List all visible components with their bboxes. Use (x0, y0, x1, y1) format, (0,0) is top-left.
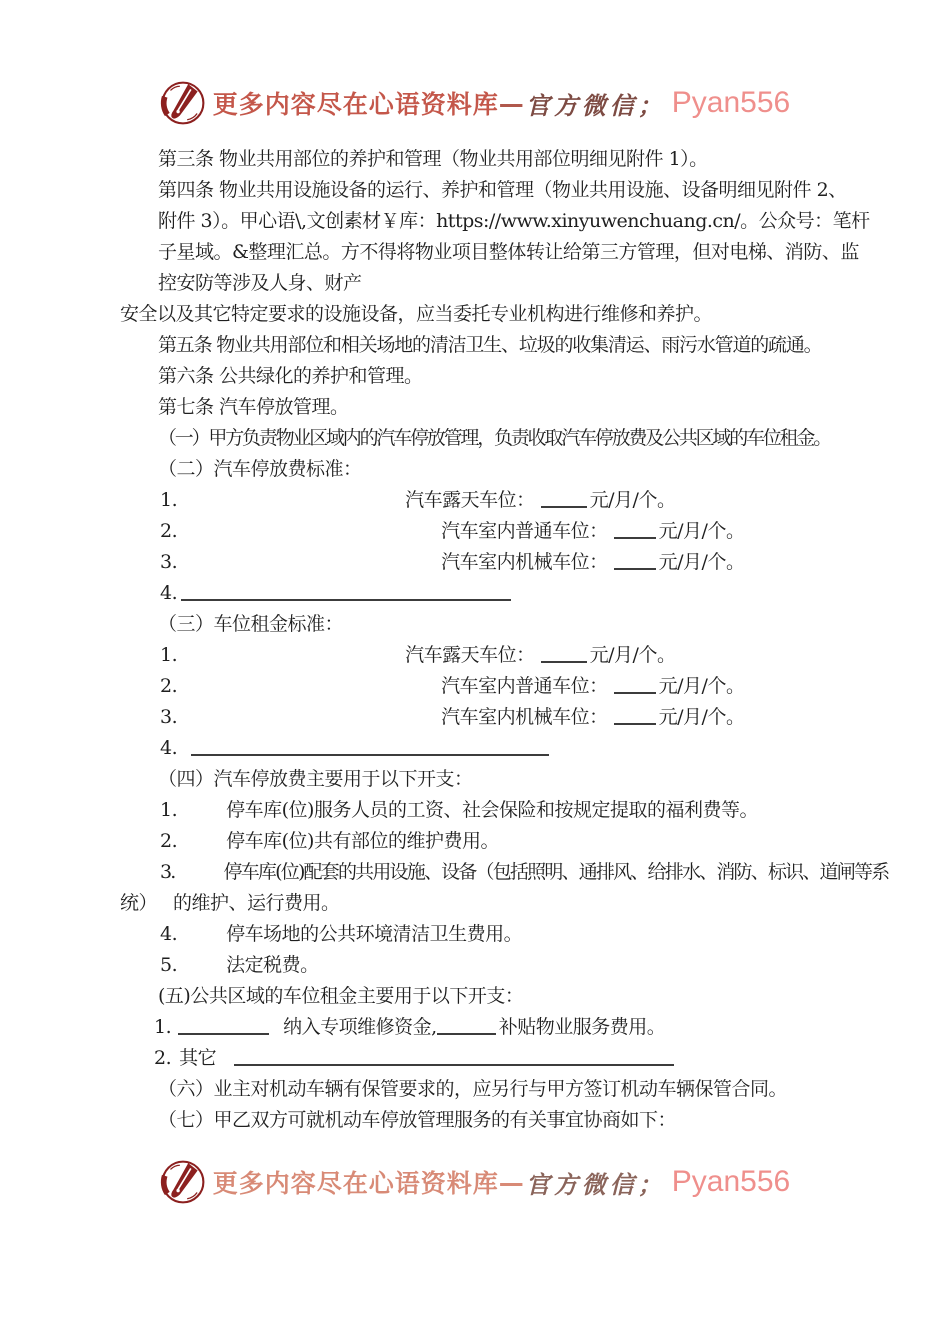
contract-body: 第三条 物业共用部位的养护和管理（物业共用部位明细见附件 1）。 第四条 物业共… (120, 144, 836, 1136)
watermark-dash: — (499, 89, 524, 118)
expense-row: 1.停车库(位)服务人员的工资、社会保险和按规定提取的福利费等。 (120, 795, 836, 826)
clause5-title: (五)公共区域的车位租金主要用于以下开支： (120, 981, 836, 1012)
row-label: 汽车室内机械车位： (441, 551, 608, 573)
row-number: 2. (154, 1043, 171, 1074)
parking-fee-row: 2.汽车室内普通车位：元/月/个。 (120, 516, 836, 547)
watermark-text: 更多内容尽在心语资料库 (213, 85, 499, 121)
expense-row: 4.停车场地的公共环境清洁卫生费用。 (120, 919, 836, 950)
rent-row: 4. (120, 733, 836, 764)
article7-line: 第七条 汽车停放管理。 (120, 392, 836, 423)
watermark-text: 更多内容尽在心语资料库 (213, 1164, 499, 1200)
row-number: 1. (154, 1012, 171, 1043)
row-text: 停车库(位)配套的共用设施、设备（包括照明、通排风、给排水、消防、标识、道闸等系 (224, 861, 889, 883)
watermark-wechat-label: 官方微信； (526, 1165, 666, 1200)
row-text: 的维护、运行费用。 (173, 892, 340, 914)
parking-fee-row: 4. (120, 578, 836, 609)
fill-in-blank (234, 1060, 674, 1066)
row-label: 汽车室内普通车位： (441, 675, 608, 697)
footer-watermark: 更多内容尽在心语资料库—官方微信；Pyan556 (0, 1159, 950, 1205)
row-suffix: 元/月/个。 (659, 706, 745, 728)
clause4-title: （四）汽车停放费主要用于以下开支： (120, 764, 836, 795)
article4-line3: 子星域。&整理汇总。方不得将物业项目整体转让给第三方管理，但对电梯、消防、监 (120, 237, 836, 268)
fill-in-blank (614, 533, 656, 539)
fill-in-blank (541, 657, 587, 663)
header-watermark: 更多内容尽在心语资料库—官方微信；Pyan556 (0, 80, 950, 126)
fill-in-blank (178, 1029, 269, 1035)
row-suffix: 元/月/个。 (659, 675, 745, 697)
row-label: 其它 (179, 1047, 216, 1069)
expense-row3-continuation: 统）的维护、运行费用。 (120, 888, 836, 919)
row-suffix: 元/月/个。 (659, 551, 745, 573)
article4-line2: 附件 3）。甲心语\,文创素材￥库：https://www.xinyuwench… (120, 206, 836, 237)
expense-row: 2.停车库(位)共有部位的维护费用。 (120, 826, 836, 857)
row-label: 汽车露天车位： (405, 489, 535, 511)
article5-line: 第五条 物业共用部位和相关场地的清洁卫生、垃圾的收集清运、雨污水管道的疏通。 (120, 330, 836, 361)
clause3-title: （三）车位租金标准： (120, 609, 836, 640)
fill-in-blank (614, 564, 656, 570)
article4-line5: 安全以及其它特定要求的设施设备，应当委托专业机构进行维修和养护。 (120, 299, 836, 330)
row-text: 停车库(位)共有部位的维护费用。 (226, 830, 499, 852)
article3-line: 第三条 物业共用部位的养护和管理（物业共用部位明细见附件 1）。 (120, 144, 836, 175)
xinyu-pen-logo-icon (160, 80, 206, 126)
article4-line1: 第四条 物业共用设施设备的运行、养护和管理（物业共用设施、设备明细见附件 2、 (120, 175, 836, 206)
row-label: 汽车室内机械车位： (441, 706, 608, 728)
fill-in-blank (181, 595, 511, 601)
article6-line: 第六条 公共绿化的养护和管理。 (120, 361, 836, 392)
row-number: 3. (160, 857, 175, 888)
row-text: 法定税费。 (226, 954, 319, 976)
clause7-line: （七）甲乙双方可就机动车停放管理服务的有关事宜协商如下： (120, 1105, 836, 1136)
fill-in-blank (437, 1029, 496, 1035)
fill-in-blank (614, 719, 656, 725)
clause2-title: （二）汽车停放费标准： (120, 454, 836, 485)
xinyu-pen-logo-icon (160, 1159, 206, 1205)
row-number: 2. (160, 671, 177, 702)
expense-row: 5.法定税费。 (120, 950, 836, 981)
row-text: 停车库(位)服务人员的工资、社会保险和按规定提取的福利费等。 (226, 799, 758, 821)
fill-in-blank (541, 502, 587, 508)
watermark-wechat-account: Pyan556 (672, 86, 790, 120)
fill-in-blank (191, 750, 549, 756)
row-label: 汽车室内普通车位： (441, 520, 608, 542)
row-suffix: 元/月/个。 (590, 644, 676, 666)
row-number: 1. (160, 485, 177, 516)
row-number: 2. (160, 826, 177, 857)
document-page: 更多内容尽在心语资料库—官方微信；Pyan556 第三条 物业共用部位的养护和管… (0, 0, 950, 1344)
row-label: 汽车露天车位： (405, 644, 535, 666)
row-number: 2. (160, 516, 177, 547)
rent-usage-row: 2.其它 (120, 1043, 836, 1074)
parking-fee-row: 1.汽车露天车位：元/月/个。 (120, 485, 836, 516)
row-suffix: 元/月/个。 (659, 520, 745, 542)
clause6-line: （六）业主对机动车辆有保管要求的，应另行与甲方签订机动车辆保管合同。 (120, 1074, 836, 1105)
row-number: 1. (160, 640, 177, 671)
article4-line4: 控安防等涉及人身、财产 (120, 268, 836, 299)
row-number: 3. (160, 702, 177, 733)
clause1-line: （一）甲方负责物业区域内的汽车停放管理，负责收取汽车停放费及公共区域的车位租金。 (120, 423, 836, 454)
expense-row: 3.停车库(位)配套的共用设施、设备（包括照明、通排风、给排水、消防、标识、道闸… (120, 857, 836, 888)
rent-row: 2.汽车室内普通车位：元/月/个。 (120, 671, 836, 702)
row-suffix: 元/月/个。 (590, 489, 676, 511)
watermark-dash: — (499, 1168, 524, 1197)
watermark-wechat-account: Pyan556 (672, 1165, 790, 1199)
rent-row: 1.汽车露天车位：元/月/个。 (120, 640, 836, 671)
row-number: 4. (160, 919, 177, 950)
row-number: 5. (160, 950, 177, 981)
row-text: 补贴物业服务费用。 (499, 1016, 666, 1038)
fill-in-blank (614, 688, 656, 694)
row-number: 4. (160, 578, 177, 609)
row-text: 停车场地的公共环境清洁卫生费用。 (226, 923, 522, 945)
row-number: 4. (160, 733, 177, 764)
rent-row: 3.汽车室内机械车位：元/月/个。 (120, 702, 836, 733)
row-text-pre: 统） (120, 892, 157, 914)
parking-fee-row: 3.汽车室内机械车位：元/月/个。 (120, 547, 836, 578)
row-number: 3. (160, 547, 177, 578)
row-number: 1. (160, 795, 177, 826)
watermark-wechat-label: 官方微信； (526, 86, 666, 121)
rent-usage-row: 1.纳入专项维修资金,补贴物业服务费用。 (120, 1012, 836, 1043)
row-text: 纳入专项维修资金, (283, 1016, 437, 1038)
